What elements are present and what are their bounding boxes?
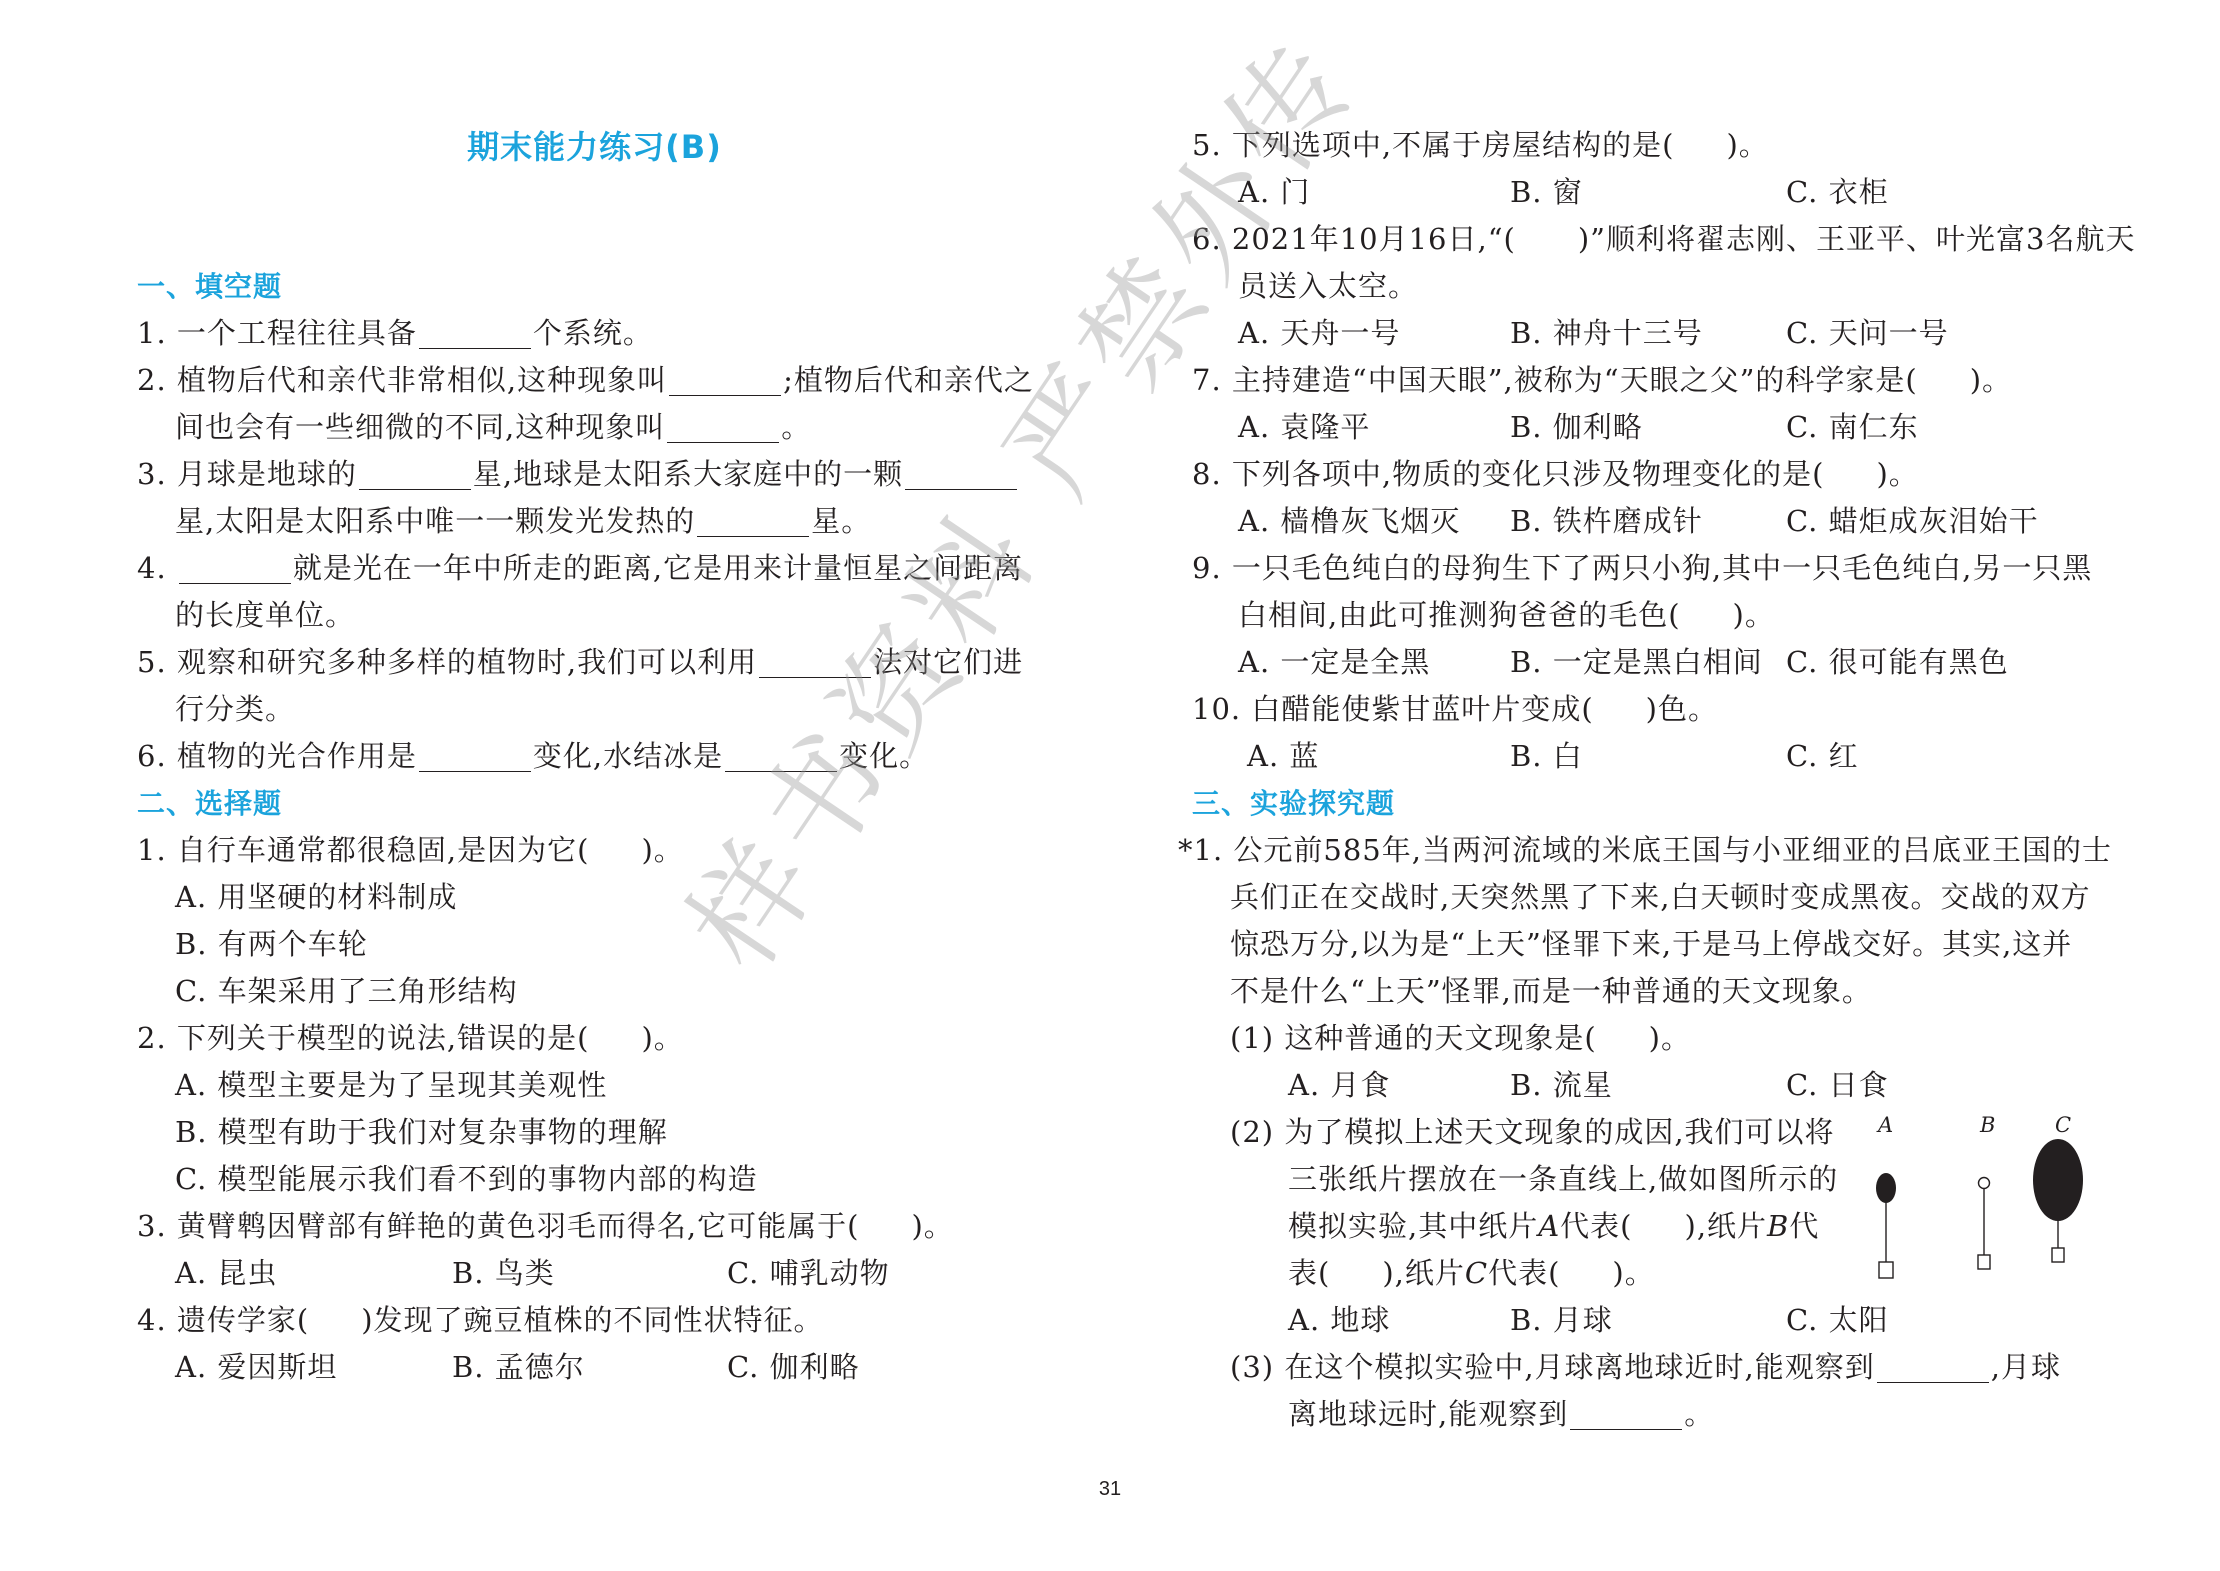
- choice-question-7: 7. 主持建造“中国天眼”,被称为“天眼之父”的科学家是()。: [1192, 357, 2012, 404]
- question-text: 星。: [811, 504, 871, 538]
- sub-question-number: (3): [1230, 1350, 1274, 1384]
- worksheet-page: 期末能力练习(B) 一、填空题 1. 一个工程往往具备个系统。 2. 植物后代和…: [0, 0, 2220, 1571]
- option-a[interactable]: A. 门: [1238, 169, 1310, 216]
- option-c[interactable]: C. 模型能展示我们看不到的事物内部的构造: [175, 1156, 758, 1203]
- option-c[interactable]: C. 天问一号: [1786, 310, 1949, 357]
- choice-question-3: 3. 黄臂鹎因臂部有鲜艳的黄色羽毛而得名,它可能属于()。: [137, 1203, 954, 1250]
- question-text: 。: [1684, 1397, 1714, 1431]
- question-text: 一只毛色纯白的母狗生下了两只小狗,其中一只毛色纯白,另一只黑: [1232, 551, 2092, 585]
- question-number: 1.: [137, 833, 167, 867]
- label-b: B: [1767, 1209, 1789, 1243]
- question-text: 主持建造“中国天眼”,被称为“天眼之父”的科学家是(: [1232, 363, 1918, 397]
- option-b[interactable]: B. 一定是黑白相间: [1510, 639, 1763, 686]
- option-a[interactable]: A. 天舟一号: [1238, 310, 1400, 357]
- question-text: 间也会有一些细微的不同,这种现象叫: [175, 410, 665, 444]
- option-b[interactable]: B. 模型有助于我们对复杂事物的理解: [175, 1109, 668, 1156]
- question-text: 一个工程往往具备: [177, 316, 417, 350]
- option-b[interactable]: B. 伽利略: [1510, 404, 1643, 451]
- question-number: 3.: [137, 1209, 167, 1243]
- section-heading-experiment: 三、实验探究题: [1192, 780, 1395, 827]
- option-b[interactable]: B. 流星: [1510, 1062, 1613, 1109]
- sub-question-1: (1) 这种普通的天文现象是()。: [1230, 1015, 1691, 1062]
- question-text: 黄臂鹎因臂部有鲜艳的黄色羽毛而得名,它可能属于(: [177, 1209, 860, 1243]
- question-text: 月球是地球的: [177, 457, 357, 491]
- question-number: 2.: [137, 1021, 167, 1055]
- question-text: 变化,水结冰是: [533, 739, 723, 773]
- answer-blank[interactable]: [759, 647, 871, 678]
- question-text: 下列各项中,物质的变化只涉及物理变化的是(: [1232, 457, 1825, 491]
- question-text: 代表(: [1488, 1256, 1560, 1290]
- option-c[interactable]: C. 很可能有黑色: [1786, 639, 2009, 686]
- fill-question-5-cont: 行分类。: [175, 686, 295, 733]
- option-b[interactable]: B. 鸟类: [452, 1250, 555, 1297]
- fill-question-4: 4. 就是光在一年中所走的距离,它是用来计量恒星之间距离: [137, 545, 1023, 592]
- question-number: 10.: [1192, 692, 1241, 726]
- question-text: )。: [1733, 598, 1775, 632]
- fill-question-3-cont: 星,太阳是太阳系中唯一一颗发光发热的星。: [175, 498, 871, 545]
- option-c[interactable]: C. 伽利略: [727, 1344, 860, 1391]
- answer-blank[interactable]: [905, 459, 1017, 490]
- choice-question-5: 5. 下列选项中,不属于房屋结构的是()。: [1192, 122, 1769, 169]
- question-number: 7.: [1192, 363, 1222, 397]
- question-number: 4.: [137, 551, 167, 585]
- option-b[interactable]: B. 铁杵磨成针: [1510, 498, 1703, 545]
- option-b[interactable]: B. 月球: [1510, 1297, 1613, 1344]
- question-text: 变化。: [839, 739, 929, 773]
- question-text: )。: [911, 1209, 953, 1243]
- question-text: 法对它们进: [873, 645, 1023, 679]
- answer-blank[interactable]: [697, 506, 809, 537]
- option-a[interactable]: A. 爱因斯坦: [175, 1344, 337, 1391]
- question-number: 5.: [137, 645, 167, 679]
- sub-question-3: (3) 在这个模拟实验中,月球离地球近时,能观察到,月球: [1230, 1344, 2061, 1391]
- question-text: 星,地球是太阳系大家庭中的一颗: [473, 457, 903, 491]
- question-number: 1.: [137, 316, 167, 350]
- question-text: 代: [1789, 1209, 1819, 1243]
- question-text: 在这个模拟实验中,月球离地球近时,能观察到: [1284, 1350, 1874, 1384]
- fill-question-2-cont: 间也会有一些细微的不同,这种现象叫。: [175, 404, 811, 451]
- answer-blank[interactable]: [1877, 1352, 1989, 1383]
- question-text: )。: [641, 833, 683, 867]
- question-number: 2.: [137, 363, 167, 397]
- option-c[interactable]: C. 蜡炬成灰泪始干: [1786, 498, 2039, 545]
- sub-question-number: (2): [1230, 1115, 1274, 1149]
- option-c[interactable]: C. 哺乳动物: [727, 1250, 890, 1297]
- question-text: 植物后代和亲代非常相似,这种现象叫: [177, 363, 667, 397]
- passage-line: 兵们正在交战时,天突然黑了下来,白天顿时变成黑夜。交战的双方: [1230, 874, 2090, 921]
- section-heading-multiple-choice: 二、选择题: [137, 780, 282, 827]
- question-text: 这种普通的天文现象是(: [1284, 1021, 1596, 1055]
- choice-question-10: 10. 白醋能使紫甘蓝叶片变成()色。: [1192, 686, 1718, 733]
- question-number: 8.: [1192, 457, 1222, 491]
- question-text: )。: [641, 1021, 683, 1055]
- question-text: 。: [781, 410, 811, 444]
- question-number: 3.: [137, 457, 167, 491]
- sub-question-2-line: 表(),纸片C代表()。: [1288, 1250, 1655, 1297]
- question-number: 6.: [137, 739, 167, 773]
- question-text: 白相间,由此可推测狗爸爸的毛色(: [1238, 598, 1681, 632]
- choice-question-6: 6. 2021年10月16日,“()”顺利将翟志刚、王亚平、叶光富3名航天: [1192, 216, 2135, 263]
- sub-question-2-line: 模拟实验,其中纸片A代表(),纸片B代: [1288, 1203, 1819, 1250]
- page-number: 31: [0, 1478, 2220, 1501]
- option-a[interactable]: A. 昆虫: [175, 1250, 277, 1297]
- experiment-question-1: *1. 公元前585年,当两河流域的米底王国与小亚细亚的吕底亚王国的士: [1178, 827, 2112, 874]
- answer-blank[interactable]: [1570, 1399, 1682, 1430]
- fill-question-5: 5. 观察和研究多种多样的植物时,我们可以利用法对它们进: [137, 639, 1023, 686]
- question-text: 下列关于模型的说法,错误的是(: [177, 1021, 590, 1055]
- passage-line: 惊恐万分,以为是“上天”怪罪下来,于是马上停战交好。其实,这并: [1230, 921, 2072, 968]
- fill-question-3: 3. 月球是地球的星,地球是太阳系大家庭中的一颗: [137, 451, 1019, 498]
- svg-text:A: A: [1876, 1113, 1893, 1137]
- question-number: *1.: [1178, 833, 1223, 867]
- choice-question-8: 8. 下列各项中,物质的变化只涉及物理变化的是()。: [1192, 451, 1919, 498]
- answer-blank[interactable]: [669, 365, 781, 396]
- question-text: 代表(: [1560, 1209, 1632, 1243]
- svg-text:B: B: [1979, 1113, 1995, 1137]
- question-text: )色。: [1646, 692, 1718, 726]
- section-heading-fill-blank: 一、填空题: [137, 263, 282, 310]
- sub-question-3-cont: 离地球远时,能观察到。: [1288, 1391, 1714, 1438]
- passage-line: 不是什么“上天”怪罪,而是一种普通的天文现象。: [1230, 968, 1872, 1015]
- option-a[interactable]: A. 樯橹灰飞烟灭: [1238, 498, 1460, 545]
- label-a: A: [1538, 1209, 1560, 1243]
- question-number: 5.: [1192, 128, 1222, 162]
- option-b[interactable]: B. 有两个车轮: [175, 921, 368, 968]
- choice-question-4: 4. 遗传学家()发现了豌豆植株的不同性状特征。: [137, 1297, 824, 1344]
- question-text: 离地球远时,能观察到: [1288, 1397, 1568, 1431]
- question-text: ),纸片: [1382, 1256, 1465, 1290]
- option-a[interactable]: A. 模型主要是为了呈现其美观性: [175, 1062, 607, 1109]
- option-a[interactable]: A. 用坚硬的材料制成: [175, 874, 457, 921]
- answer-blank[interactable]: [725, 741, 837, 772]
- sub-question-2: (2) 为了模拟上述天文现象的成因,我们可以将: [1230, 1109, 1835, 1156]
- question-text: 表(: [1288, 1256, 1330, 1290]
- choice-question-1: 1. 自行车通常都很稳固,是因为它()。: [137, 827, 684, 874]
- question-text: 遗传学家(: [177, 1303, 309, 1337]
- eclipse-model-diagram: A B C: [1860, 1110, 2110, 1290]
- question-text: 模拟实验,其中纸片: [1288, 1209, 1538, 1243]
- sub-question-2-line: 三张纸片摆放在一条直线上,做如图所示的: [1288, 1156, 1838, 1203]
- question-number: 9.: [1192, 551, 1222, 585]
- question-text: 个系统。: [533, 316, 653, 350]
- option-c[interactable]: C. 日食: [1786, 1062, 1889, 1109]
- option-b[interactable]: B. 孟德尔: [452, 1344, 585, 1391]
- question-text: 自行车通常都很稳固,是因为它(: [177, 833, 590, 867]
- option-c[interactable]: C. 衣柜: [1786, 169, 1889, 216]
- question-text: 就是光在一年中所走的距离,它是用来计量恒星之间距离: [293, 551, 1023, 585]
- question-text: )。: [1970, 363, 2012, 397]
- option-a[interactable]: A. 袁隆平: [1238, 404, 1370, 451]
- svg-text:C: C: [2055, 1113, 2071, 1137]
- question-text: )”顺利将翟志刚、王亚平、叶光富3名航天: [1578, 222, 2136, 256]
- passage-text: 公元前585年,当两河流域的米底王国与小亚细亚的吕底亚王国的士: [1233, 833, 2112, 867]
- choice-question-2: 2. 下列关于模型的说法,错误的是()。: [137, 1015, 684, 1062]
- question-text: 植物的光合作用是: [177, 739, 417, 773]
- question-text: )。: [1612, 1256, 1654, 1290]
- fill-question-6: 6. 植物的光合作用是变化,水结冰是变化。: [137, 733, 929, 780]
- question-text: )。: [1726, 128, 1768, 162]
- option-b[interactable]: B. 神舟十三号: [1510, 310, 1703, 357]
- question-text: ;植物后代和亲代之: [783, 363, 1034, 397]
- question-text: )发现了豌豆植株的不同性状特征。: [361, 1303, 823, 1337]
- sub-question-number: (1): [1230, 1021, 1274, 1055]
- option-c[interactable]: C. 太阳: [1786, 1297, 1889, 1344]
- option-c[interactable]: C. 红: [1786, 733, 1859, 780]
- option-c[interactable]: C. 车架采用了三角形结构: [175, 968, 518, 1015]
- option-a[interactable]: A. 蓝: [1247, 733, 1319, 780]
- answer-blank[interactable]: [419, 318, 531, 349]
- question-text: 下列选项中,不属于房屋结构的是(: [1232, 128, 1675, 162]
- question-text: ),纸片: [1685, 1209, 1768, 1243]
- question-text: 2021年10月16日,“(: [1232, 222, 1516, 256]
- question-text: 为了模拟上述天文现象的成因,我们可以将: [1284, 1115, 1834, 1149]
- page-title: 期末能力练习(B): [0, 122, 1189, 168]
- question-text: )。: [1649, 1021, 1691, 1055]
- option-a[interactable]: A. 月食: [1288, 1062, 1390, 1109]
- question-number: 6.: [1192, 222, 1222, 256]
- fill-question-2: 2. 植物后代和亲代非常相似,这种现象叫;植物后代和亲代之: [137, 357, 1034, 404]
- label-c: C: [1465, 1256, 1488, 1290]
- question-text: 白醋能使紫甘蓝叶片变成(: [1251, 692, 1593, 726]
- option-b[interactable]: B. 白: [1510, 733, 1583, 780]
- answer-blank[interactable]: [359, 459, 471, 490]
- question-text: 星,太阳是太阳系中唯一一颗发光发热的: [175, 504, 695, 538]
- choice-question-9: 9. 一只毛色纯白的母狗生下了两只小狗,其中一只毛色纯白,另一只黑: [1192, 545, 2092, 592]
- question-text: ,月球: [1991, 1350, 2061, 1384]
- answer-blank[interactable]: [667, 412, 779, 443]
- answer-blank[interactable]: [419, 741, 531, 772]
- question-text: 观察和研究多种多样的植物时,我们可以利用: [177, 645, 757, 679]
- option-c[interactable]: C. 南仁东: [1786, 404, 1919, 451]
- question-9-cont: 白相间,由此可推测狗爸爸的毛色()。: [1238, 592, 1775, 639]
- option-b[interactable]: B. 窗: [1510, 169, 1583, 216]
- question-6-cont: 员送入太空。: [1238, 263, 1418, 310]
- fill-question-4-cont: 的长度单位。: [175, 592, 355, 639]
- answer-blank[interactable]: [179, 553, 291, 584]
- question-text: )。: [1876, 457, 1918, 491]
- option-a[interactable]: A. 一定是全黑: [1238, 639, 1430, 686]
- option-a[interactable]: A. 地球: [1288, 1297, 1390, 1344]
- fill-question-1: 1. 一个工程往往具备个系统。: [137, 310, 653, 357]
- question-number: 4.: [137, 1303, 167, 1337]
